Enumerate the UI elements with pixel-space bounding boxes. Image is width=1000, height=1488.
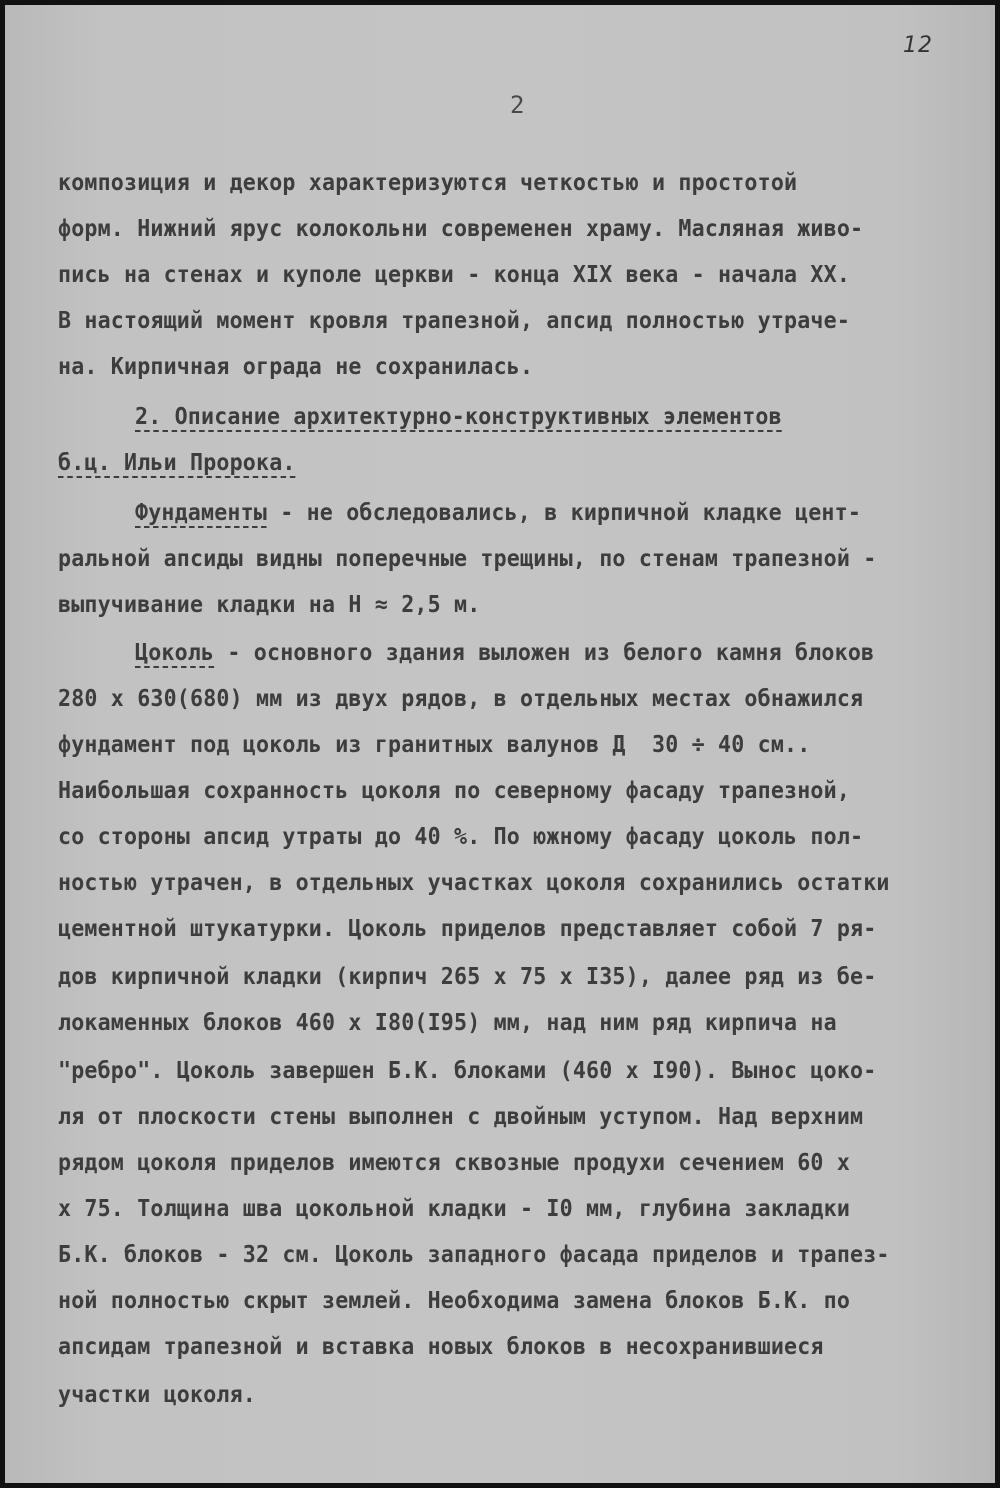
text-line: на. Кирпичная ограда не сохранилась. — [58, 351, 533, 381]
document-page: 12 2 композиция и декор характеризуются … — [5, 5, 995, 1483]
text-line: x 75. Толщина шва цокольной кладки - I0 … — [58, 1193, 850, 1223]
text-line: участки цоколя. — [58, 1379, 256, 1409]
text-line: со стороны апсид утраты до 40 %. По южно… — [58, 821, 863, 851]
plinth-text: - основного здания выложен из белого кам… — [214, 638, 874, 666]
text-line: ной полностью скрыт землей. Необходима з… — [58, 1285, 850, 1315]
text-line: цементной штукатурки. Цоколь приделов пр… — [58, 913, 876, 943]
text-line: фундамент под цоколь из гранитных валуно… — [58, 729, 810, 759]
text-line: В настоящий момент кровля трапезной, апс… — [58, 305, 850, 335]
text-line: рядом цоколя приделов имеются сквозные п… — [58, 1147, 850, 1177]
text-line: ностью утрачен, в отдельных участках цок… — [58, 867, 890, 897]
page-number: 2 — [510, 91, 524, 119]
foundations-term: Фундаменты — [135, 498, 267, 526]
plinth-term: Цоколь — [135, 638, 214, 666]
text-line: Наибольшая сохранность цоколя по северно… — [58, 775, 850, 805]
plinth-paragraph-line: Цоколь - основного здания выложен из бел… — [135, 637, 874, 667]
section-heading: 2. Описание архитектурно-конструктивных … — [135, 401, 782, 431]
text-line: 280 x 630(680) мм из двух рядов, в отдел… — [58, 683, 863, 713]
foundations-text: - не обследовались, в кирпичной кладке ц… — [267, 498, 861, 526]
text-line: ральной апсиды видны поперечные трещины,… — [58, 543, 876, 573]
text-line: пись на стенах и куполе церкви - конца X… — [58, 259, 850, 289]
section-heading-cont: б.ц. Ильи Пророка. — [58, 447, 296, 477]
text-line: апсидам трапезной и вставка новых блоков… — [58, 1331, 824, 1361]
text-line: дов кирпичной кладки (кирпич 265 x 75 x … — [58, 961, 876, 991]
foundations-paragraph-line: Фундаменты - не обследовались, в кирпичн… — [135, 497, 861, 527]
text-line: Б.К. блоков - 32 см. Цоколь западного фа… — [58, 1239, 890, 1269]
text-line: локаменных блоков 460 x I80(I95) мм, над… — [58, 1007, 837, 1037]
text-line: композиция и декор характеризуются четко… — [58, 167, 797, 197]
text-line: ля от плоскости стены выполнен с двойным… — [58, 1101, 863, 1131]
text-line: выпучивание кладки на Н ≈ 2,5 м. — [58, 589, 480, 619]
text-line: "ребро". Цоколь завершен Б.К. блоками (4… — [58, 1055, 876, 1085]
archive-page-number: 12 — [903, 33, 933, 58]
text-line: форм. Нижний ярус колокольни современен … — [58, 213, 863, 243]
